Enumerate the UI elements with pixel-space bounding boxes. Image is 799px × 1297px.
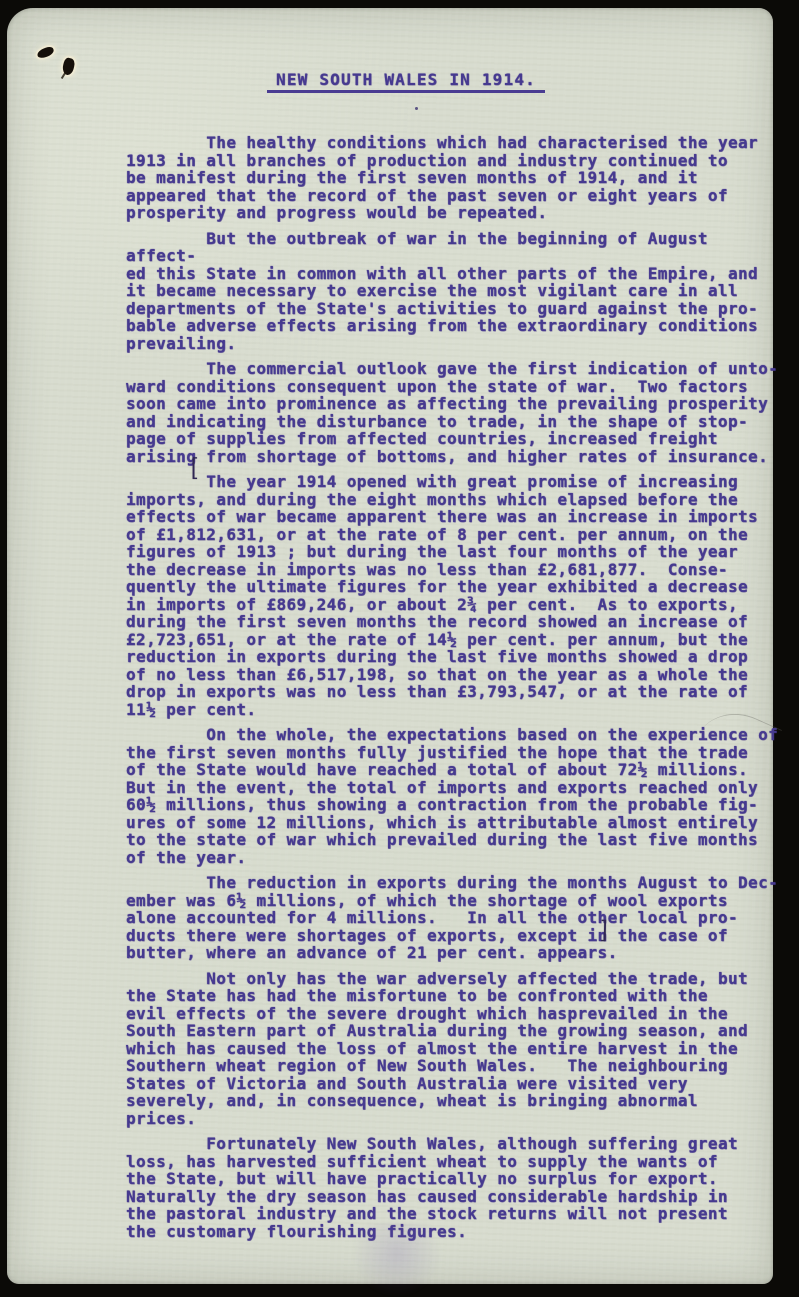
- ink-smudge: [352, 1223, 442, 1297]
- paragraph-commercial-outlook: The commercial outlook gave the first in…: [126, 360, 786, 465]
- pen-bracket-open: [: [191, 454, 199, 482]
- page-title-text: NEW SOUTH WALES IN 1914.: [267, 70, 545, 93]
- paragraph-wheat-harvest: Fortunately New South Wales, although su…: [126, 1135, 786, 1240]
- paragraph-trade-expectations: On the whole, the expectations based on …: [126, 726, 786, 866]
- pin-hole-mark: [36, 46, 55, 60]
- pen-bracket-close: ]: [600, 916, 608, 944]
- document-body: The healthy conditions which had charact…: [126, 134, 786, 1248]
- paragraph-outbreak-of-war: But the outbreak of war in the beginning…: [126, 230, 786, 353]
- paragraph-imports-exports-figures: The year 1914 opened with great promise …: [126, 473, 786, 718]
- paragraph-drought-effects: Not only has the war adversely affected …: [126, 970, 786, 1128]
- scanned-document-page: { "document": { "title": "NEW SOUTH WALE…: [0, 0, 799, 1297]
- paragraph-healthy-conditions: The healthy conditions which had charact…: [126, 134, 786, 222]
- paragraph-export-reduction: The reduction in exports during the mont…: [126, 874, 786, 962]
- page-title: NEW SOUTH WALES IN 1914.: [23, 70, 789, 93]
- paper-sheet: NEW SOUTH WALES IN 1914. The healthy con…: [7, 8, 773, 1284]
- stray-ink-dot: [415, 107, 418, 110]
